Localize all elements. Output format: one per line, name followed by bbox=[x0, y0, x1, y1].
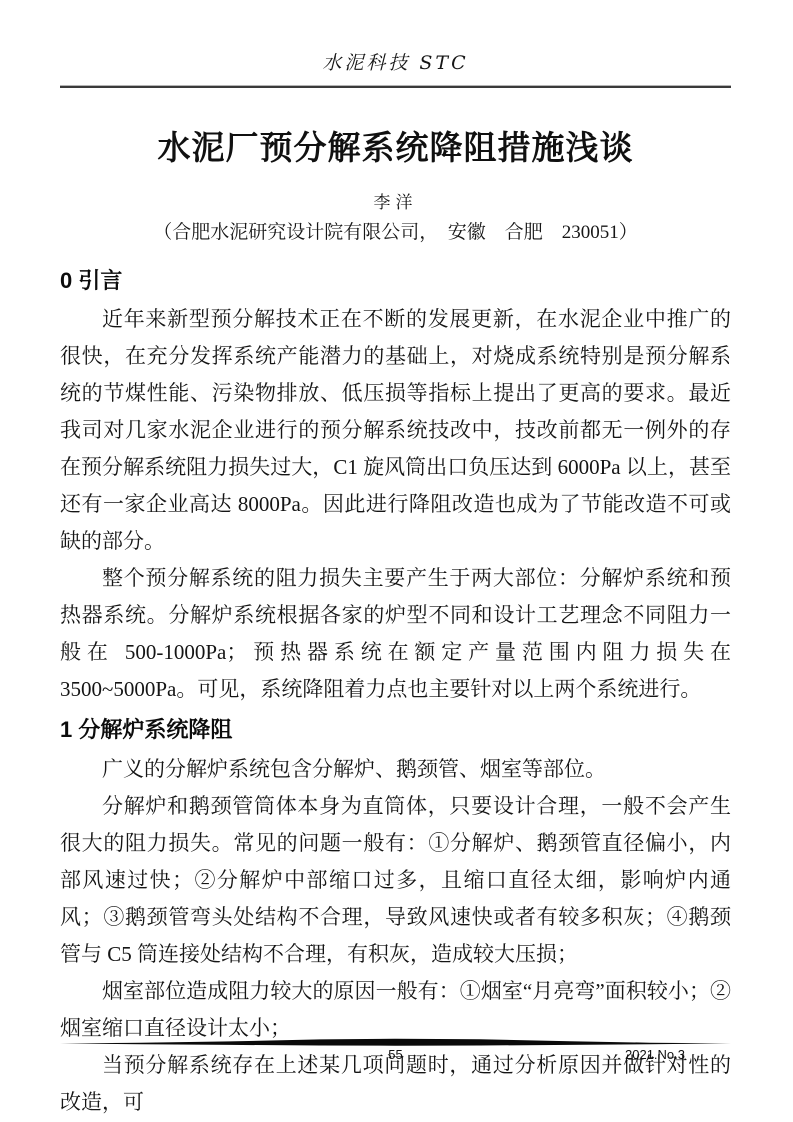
section-introduction: 0 引言 近年来新型预分解技术正在不断的发展更新，在水泥企业中推广的很快，在充分… bbox=[60, 266, 731, 708]
article-author: 李洋 bbox=[60, 192, 731, 214]
article-affiliation: （合肥水泥研究设计院有限公司， 安徽 合肥 230051） bbox=[60, 220, 731, 246]
section-heading-calciner: 1 分解炉系统降阻 bbox=[60, 715, 731, 745]
paragraph: 近年来新型预分解技术正在不断的发展更新，在水泥企业中推广的很快，在充分发挥系统产… bbox=[60, 301, 731, 560]
paragraph: 整个预分解系统的阻力损失主要产生于两大部位：分解炉系统和预热器系统。分解炉系统根… bbox=[60, 560, 731, 708]
paragraph: 烟室部位造成阻力较大的原因一般有：①烟室“月亮弯”面积较小；②烟室缩口直径设计太… bbox=[60, 973, 731, 1047]
page-footer: 55 2021.No.3 bbox=[60, 1038, 731, 1063]
page-content: 水泥科技 STC 水泥厂预分解系统降阻措施浅谈 李洋 （合肥水泥研究设计院有限公… bbox=[0, 50, 793, 1121]
document-page: 水泥科技 STC 水泥厂预分解系统降阻措施浅谈 李洋 （合肥水泥研究设计院有限公… bbox=[0, 0, 793, 1122]
journal-header-title: 水泥科技 STC bbox=[60, 50, 731, 76]
header-divider-rule bbox=[60, 85, 731, 88]
paragraph: 广义的分解炉系统包含分解炉、鹅颈管、烟室等部位。 bbox=[60, 751, 731, 788]
running-head: 水泥科技 STC bbox=[60, 50, 731, 88]
footer-divider-ornament bbox=[60, 1038, 731, 1046]
issue-label: 2021.No.3 bbox=[625, 1047, 685, 1063]
section-heading-introduction: 0 引言 bbox=[60, 266, 731, 296]
footer-text-row: 55 2021.No.3 bbox=[60, 1047, 731, 1063]
paragraph: 分解炉和鹅颈管筒体本身为直筒体，只要设计合理，一般不会产生很大的阻力损失。常见的… bbox=[60, 788, 731, 973]
article-title: 水泥厂预分解系统降阻措施浅谈 bbox=[60, 128, 731, 168]
